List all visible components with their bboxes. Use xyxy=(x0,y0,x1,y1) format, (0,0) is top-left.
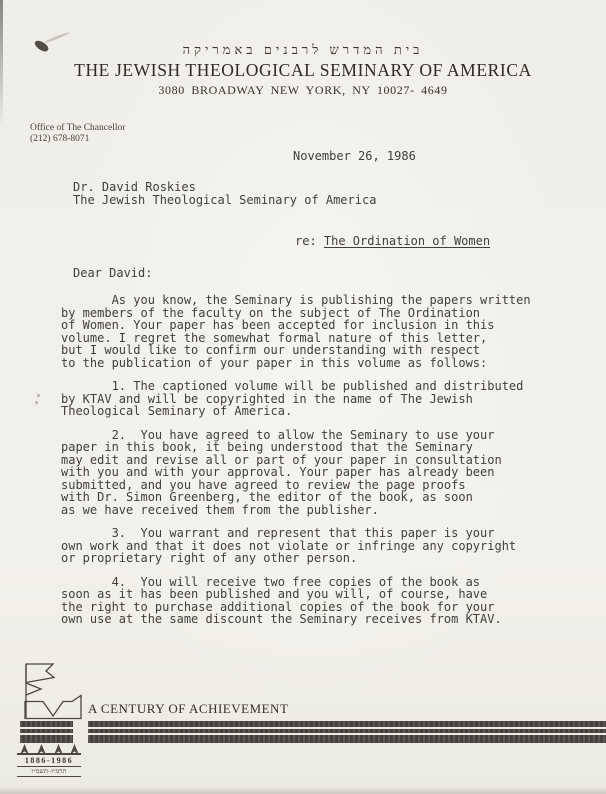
footer-bar xyxy=(88,729,606,733)
paragraph-item-1: 1. The captioned volume will be publishe… xyxy=(61,380,566,418)
footer-bar xyxy=(88,721,606,727)
office-line: Office of The Chancellor xyxy=(30,123,125,134)
letter-body: As you know, the Seminary is publishing … xyxy=(61,294,566,637)
paper-speck xyxy=(35,401,38,404)
office-phone: (212) 678-8071 xyxy=(30,134,125,145)
letterhead-org-address: 3080 BROADWAY NEW YORK, NY 10027- 4649 xyxy=(0,83,606,98)
office-of-chancellor-block: Office of The Chancellor (212) 678-8071 xyxy=(30,123,125,145)
scan-edge-bottom xyxy=(0,787,606,794)
footer-bar xyxy=(20,735,73,743)
re-subject: The Ordination of Women xyxy=(324,234,490,248)
re-label: re: xyxy=(295,234,324,248)
centennial-years-block: 1886-1986 תרמ״ו–תשמ״ו xyxy=(17,753,81,777)
footer-bar xyxy=(88,735,606,743)
paper-speck xyxy=(37,394,40,397)
letter-page: בית המדרש לרבנים באמריקה THE JEWISH THEO… xyxy=(0,0,606,794)
footer-bar xyxy=(20,729,73,733)
salutation: Dear David: xyxy=(73,267,152,280)
footer-bar xyxy=(20,721,73,727)
centennial-years: 1886-1986 xyxy=(17,755,81,766)
letterhead-org-name: THE JEWISH THEOLOGICAL SEMINARY OF AMERI… xyxy=(0,60,606,81)
recipient-block: Dr. David Roskies The Jewish Theological… xyxy=(73,181,376,207)
paragraph-item-3: 3. You warrant and represent that this p… xyxy=(61,527,566,565)
letterhead-hebrew-name: בית המדרש לרבנים באמריקה xyxy=(0,42,606,58)
paragraph-intro: As you know, the Seminary is publishing … xyxy=(61,294,566,369)
letter-date: November 26, 1986 xyxy=(293,150,416,163)
paragraph-item-4: 4. You will receive two free copies of t… xyxy=(61,576,566,626)
recipient-org: The Jewish Theological Seminary of Ameri… xyxy=(73,194,376,207)
centennial-slogan: A CENTURY OF ACHIEVEMENT xyxy=(88,701,288,717)
paragraph-item-2: 2. You have agreed to allow the Seminary… xyxy=(61,429,566,517)
divider xyxy=(17,776,81,777)
centennial-flame-logo xyxy=(18,662,82,720)
centennial-hebrew-years: תרמ״ו–תשמ״ו xyxy=(17,767,81,776)
re-line: re: The Ordination of Women xyxy=(295,235,490,248)
